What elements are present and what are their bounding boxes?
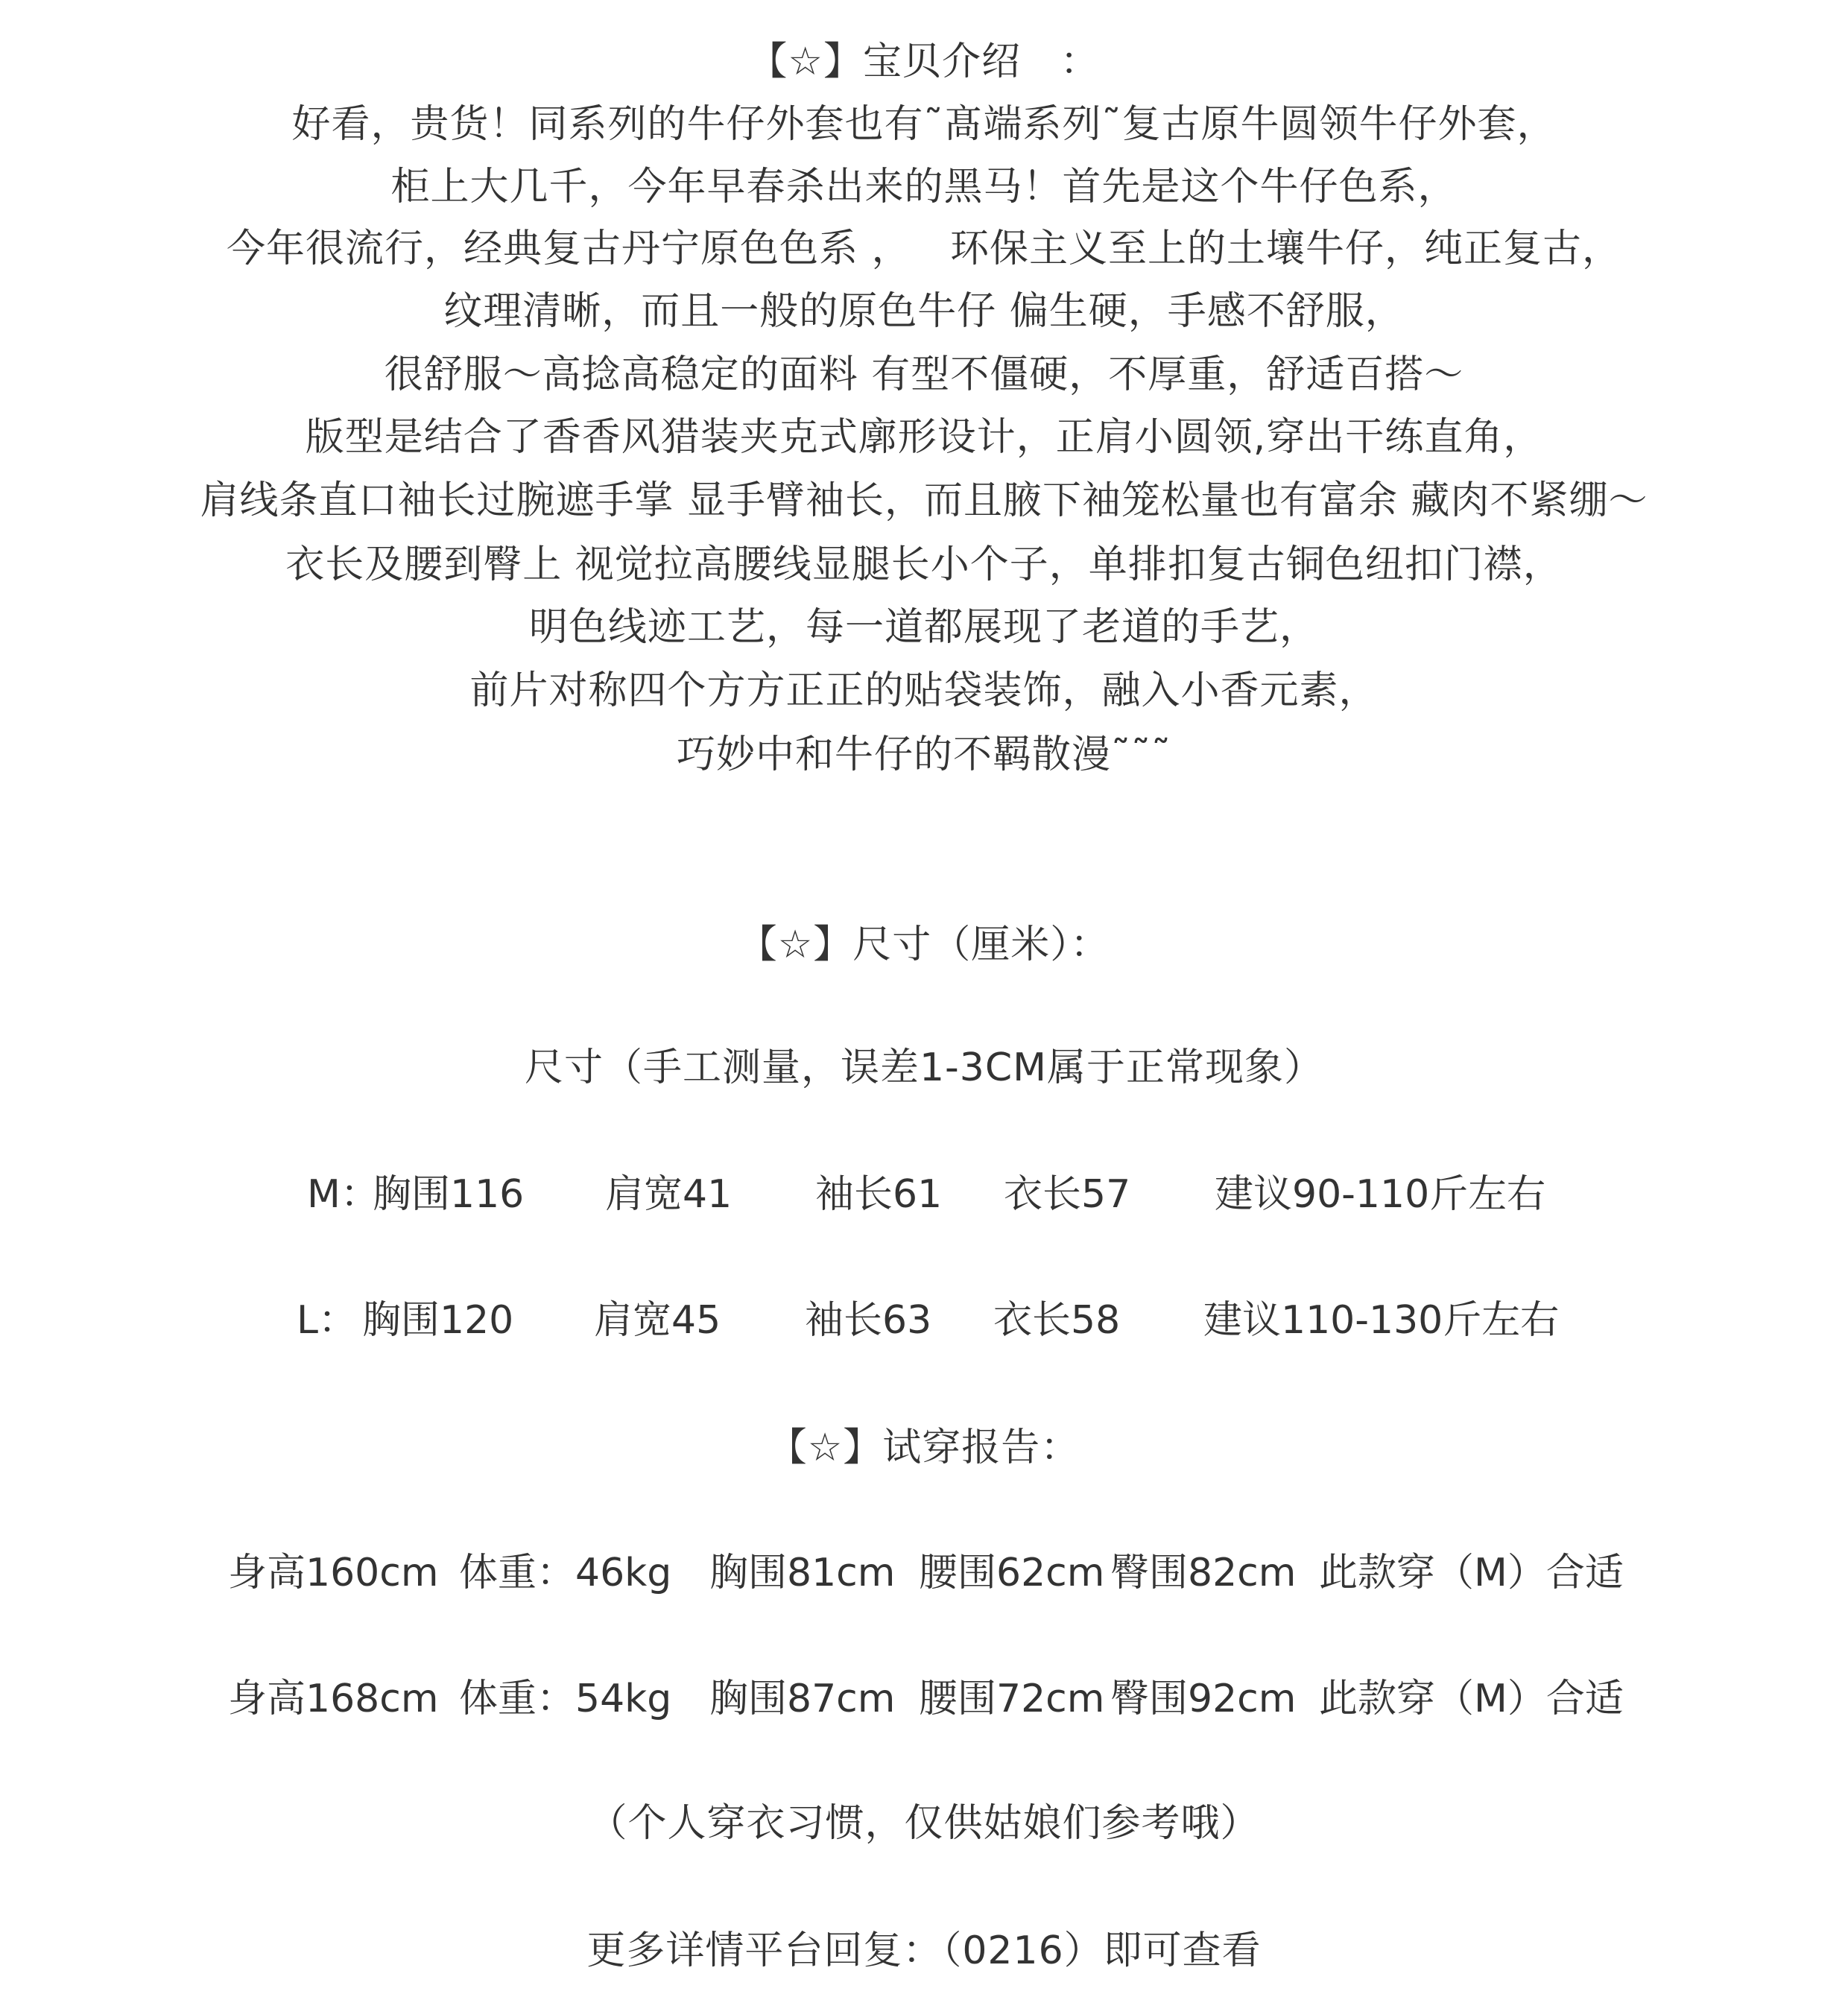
height-value: 身高160cm — [228, 1549, 439, 1597]
intro-line: 版型是结合了香香风猎装夹克式廓形设计，正肩小圆领,穿出干练直角， — [0, 414, 1848, 461]
hip-value: 臀围92cm — [1110, 1675, 1296, 1723]
bust-value: 胸围87cm — [709, 1675, 895, 1723]
fitting-report-row: 身高168cm 体重：54kg 胸围87cm 腰围72cm 臀围92cm 此款穿… — [0, 1675, 1848, 1723]
shoulder-value: 肩宽45 — [594, 1297, 721, 1344]
fit-result: 此款穿（M）合适 — [1319, 1549, 1624, 1597]
size-label: M： — [307, 1171, 379, 1218]
bust-value: 胸围81cm — [709, 1549, 895, 1597]
size-label: L： — [297, 1297, 357, 1344]
waist-value: 腰围72cm — [919, 1675, 1104, 1723]
intro-line: 好看，贵货！同系列的牛仔外套也有˜髙端系列˜复古原牛圆领牛仔外套， — [0, 101, 1848, 148]
intro-title: 【☆】宝贝介绍 ： — [0, 38, 1848, 86]
size-subtitle: 尺寸（手工测量，误差1-3CM属于正常现象） — [0, 1044, 1848, 1092]
fitting-report-row: 身高160cm 体重：46kg 胸围81cm 腰围62cm 臀围82cm 此款穿… — [0, 1549, 1848, 1597]
intro-line: 纹理清晰，而且一般的原色牛仔 偏生硬，手感不舒服， — [0, 288, 1848, 335]
size-row-m: M： 胸围116 肩宽41 袖长61 衣长57 建议90-110斤左右 — [0, 1171, 1848, 1218]
fitting-note: （个人穿衣习惯，仅供姑娘们参考哦） — [0, 1800, 1848, 1847]
weight-value: 体重：54kg — [459, 1675, 671, 1723]
shoulder-value: 肩宽41 — [605, 1171, 732, 1218]
chest-value: 胸围116 — [373, 1171, 524, 1218]
intro-line: 柜上大几千，今年早春杀出来的黑马！首先是这个牛仔色系， — [0, 163, 1848, 211]
size-row-l: L： 胸围120 肩宽45 袖长63 衣长58 建议110-130斤左右 — [0, 1297, 1848, 1344]
height-value: 身高168cm — [228, 1675, 439, 1723]
more-info: 更多详情平台回复：（0216）即可查看 — [0, 1927, 1848, 1975]
intro-line: 肩线条直口袖长过腕遮手掌 显手臂袖长，而且腋下袖笼松量也有富余 藏肉不紧绷～ — [0, 477, 1848, 525]
sleeve-value: 袖长61 — [815, 1171, 942, 1218]
waist-value: 腰围62cm — [919, 1549, 1104, 1597]
fitting-title: 【☆】试穿报告： — [0, 1424, 1848, 1472]
weight-advice: 建议90-110斤左右 — [1215, 1171, 1545, 1218]
intro-line: 今年很流行，经典复古丹宁原色色系 ， 环保主义至上的土壤牛仔，纯正复古， — [0, 225, 1848, 273]
chest-value: 胸围120 — [362, 1297, 513, 1344]
hip-value: 臀围82cm — [1110, 1549, 1296, 1597]
intro-line: 巧妙中和牛仔的不羁散漫˜˜˜ — [0, 731, 1848, 779]
intro-line: 衣长及腰到臀上 视觉拉高腰线显腿长小个子，单排扣复古铜色纽扣门襟， — [0, 541, 1848, 589]
intro-line: 很舒服～高捻高稳定的面料 有型不僵硬，不厚重，舒适百搭～ — [0, 351, 1848, 399]
size-title: 【☆】尺寸（厘米）： — [0, 921, 1848, 969]
length-value: 衣长57 — [1004, 1171, 1130, 1218]
intro-line: 明色线迹工艺，每一道都展现了老道的手艺， — [0, 604, 1848, 651]
length-value: 衣长58 — [993, 1297, 1120, 1344]
weight-value: 体重：46kg — [459, 1549, 671, 1597]
intro-line: 前片对称四个方方正正的贴袋装饰，融入小香元素， — [0, 667, 1848, 715]
weight-advice: 建议110-130斤左右 — [1203, 1297, 1559, 1344]
fit-result: 此款穿（M）合适 — [1319, 1675, 1624, 1723]
sleeve-value: 袖长63 — [805, 1297, 931, 1344]
